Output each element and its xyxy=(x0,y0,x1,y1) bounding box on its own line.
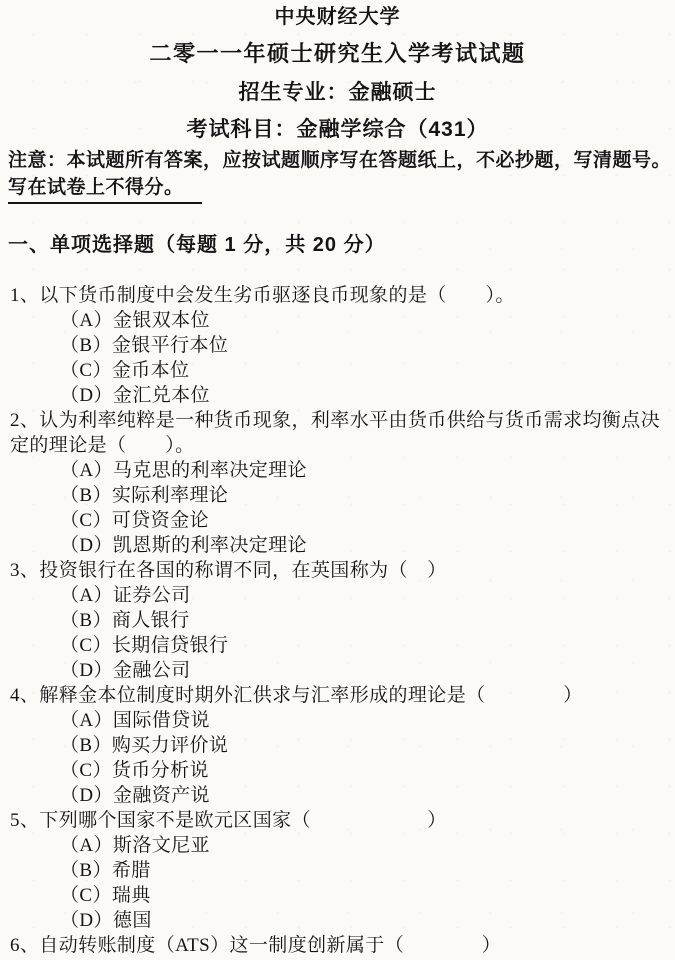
exam-paper: 中央财经大学 二零一一年硕士研究生入学考试试题 招生专业：金融硕士 考试科目：金… xyxy=(0,0,675,960)
option-item: （D）凯恩斯的利率决定理论 xyxy=(10,533,675,558)
option-item: （D）金融资产说 xyxy=(10,783,675,808)
option-item: （C）可贷资金论 xyxy=(10,508,675,533)
major-line: 招生专业：金融硕士 xyxy=(0,80,675,105)
option-item: （C）货币分析说 xyxy=(10,758,675,783)
question-stem-line: 4、解释金本位制度时期外汇供求与汇率形成的理论是（ ） xyxy=(10,683,675,708)
option-item: （D）金汇兑本位 xyxy=(10,383,675,408)
option-item: （A）国际借贷说 xyxy=(10,708,675,733)
exam-header: 中央财经大学 二零一一年硕士研究生入学考试试题 招生专业：金融硕士 考试科目：金… xyxy=(0,0,675,142)
question-item: 1、以下货币制度中会发生劣币驱逐良币现象的是（ ）。（A）金银双本位（B）金银平… xyxy=(10,283,675,408)
option-item: （A）金银双本位 xyxy=(10,308,675,333)
option-item: （D）德国 xyxy=(10,908,675,933)
question-item: 3、投资银行在各国的称谓不同，在英国称为（ ）（A）证券公司（B）商人银行（C）… xyxy=(10,558,675,683)
question-item: 6、自动转账制度（ATS）这一制度创新属于（ ） xyxy=(10,933,675,958)
option-item: （C）瑞典 xyxy=(10,883,675,908)
notice-line-2-underlined: 写在试卷上不得分。 xyxy=(8,174,202,204)
question-stem-line: 1、以下货币制度中会发生劣币驱逐良币现象的是（ ）。 xyxy=(10,283,675,308)
subject-line: 考试科目：金融学综合（431） xyxy=(0,117,675,142)
question-list: 1、以下货币制度中会发生劣币驱逐良币现象的是（ ）。（A）金银双本位（B）金银平… xyxy=(0,283,675,958)
notice-line-1: 注意：本试题所有答案，应按试题顺序写在答题纸上，不必抄题，写清题号。 xyxy=(8,147,671,174)
section-heading: 一、单项选择题（每题 1 分，共 20 分） xyxy=(0,233,675,258)
option-item: （C）长期信贷银行 xyxy=(10,633,675,658)
option-item: （B）实际利率理论 xyxy=(10,483,675,508)
question-stem-line: 3、投资银行在各国的称谓不同，在英国称为（ ） xyxy=(10,558,675,583)
option-item: （A）证券公司 xyxy=(10,583,675,608)
option-item: （B）希腊 xyxy=(10,858,675,883)
question-stem-line: 5、下列哪个国家不是欧元区国家（ ） xyxy=(10,808,675,833)
option-item: （A）斯洛文尼亚 xyxy=(10,833,675,858)
question-item: 2、认为利率纯粹是一种货币现象，利率水平由货币供给与货币需求均衡点决定的理论是（… xyxy=(10,408,675,558)
exam-title: 二零一一年硕士研究生入学考试试题 xyxy=(0,41,675,67)
option-item: （D）金融公司 xyxy=(10,658,675,683)
university-name: 中央财经大学 xyxy=(0,0,675,29)
question-stem-line: 定的理论是（ ）。 xyxy=(10,433,675,458)
question-stem-line: 2、认为利率纯粹是一种货币现象，利率水平由货币供给与货币需求均衡点决 xyxy=(10,408,675,433)
option-item: （B）购买力评价说 xyxy=(10,733,675,758)
question-stem-line: 6、自动转账制度（ATS）这一制度创新属于（ ） xyxy=(10,933,675,958)
question-item: 4、解释金本位制度时期外汇供求与汇率形成的理论是（ ）（A）国际借贷说（B）购买… xyxy=(10,683,675,808)
option-item: （B）商人银行 xyxy=(10,608,675,633)
question-item: 5、下列哪个国家不是欧元区国家（ ）（A）斯洛文尼亚（B）希腊（C）瑞典（D）德… xyxy=(10,808,675,933)
option-item: （B）金银平行本位 xyxy=(10,333,675,358)
exam-notice: 注意：本试题所有答案，应按试题顺序写在答题纸上，不必抄题，写清题号。 写在试卷上… xyxy=(0,147,675,204)
option-item: （A）马克思的利率决定理论 xyxy=(10,458,675,483)
option-item: （C）金币本位 xyxy=(10,358,675,383)
